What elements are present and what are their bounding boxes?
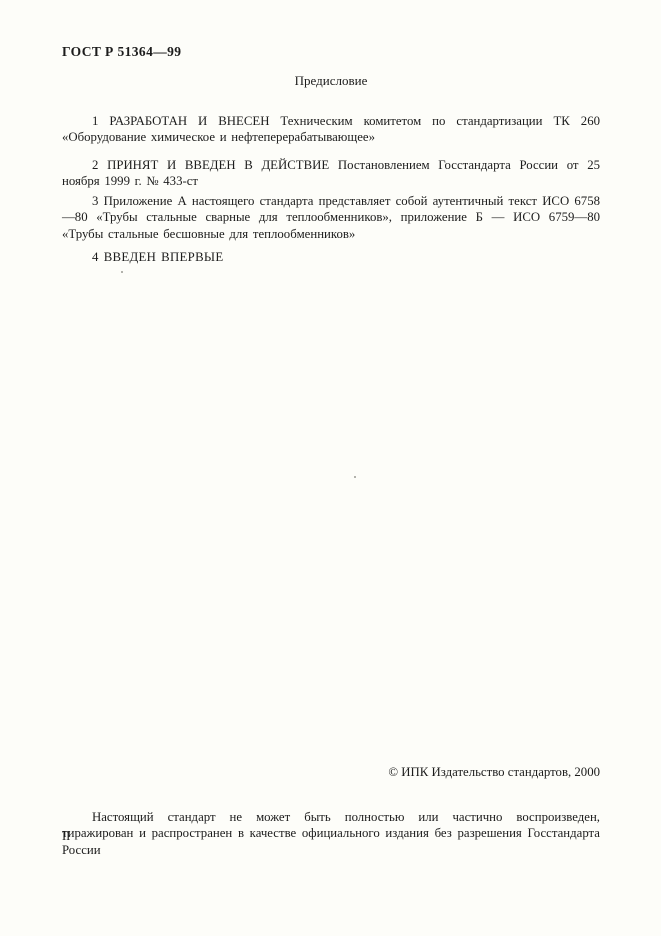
copyright-line: © ИПК Издательство стандартов, 2000 <box>62 765 600 780</box>
foreword-paragraph-3: 3 Приложение А настоящего стандарта пред… <box>62 193 600 243</box>
foreword-paragraph-1: 1 РАЗРАБОТАН И ВНЕСЕН Техническим комите… <box>62 113 600 146</box>
page-number: II <box>62 829 70 844</box>
standard-designation: ГОСТ Р 51364—99 <box>62 44 181 60</box>
foreword-paragraph-2: 2 ПРИНЯТ И ВВЕДЕН В ДЕЙСТВИЕ Постановлен… <box>62 157 600 190</box>
reproduction-restriction-note: Настоящий стандарт не может быть полност… <box>62 809 600 859</box>
scan-artifact-speck <box>121 271 123 273</box>
foreword-paragraph-4: 4 ВВЕДЕН ВПЕРВЫЕ <box>62 249 600 266</box>
document-page: ГОСТ Р 51364—99 Предисловие 1 РАЗРАБОТАН… <box>0 0 661 936</box>
section-title-foreword: Предисловие <box>62 73 600 89</box>
scan-artifact-speck <box>354 476 356 478</box>
